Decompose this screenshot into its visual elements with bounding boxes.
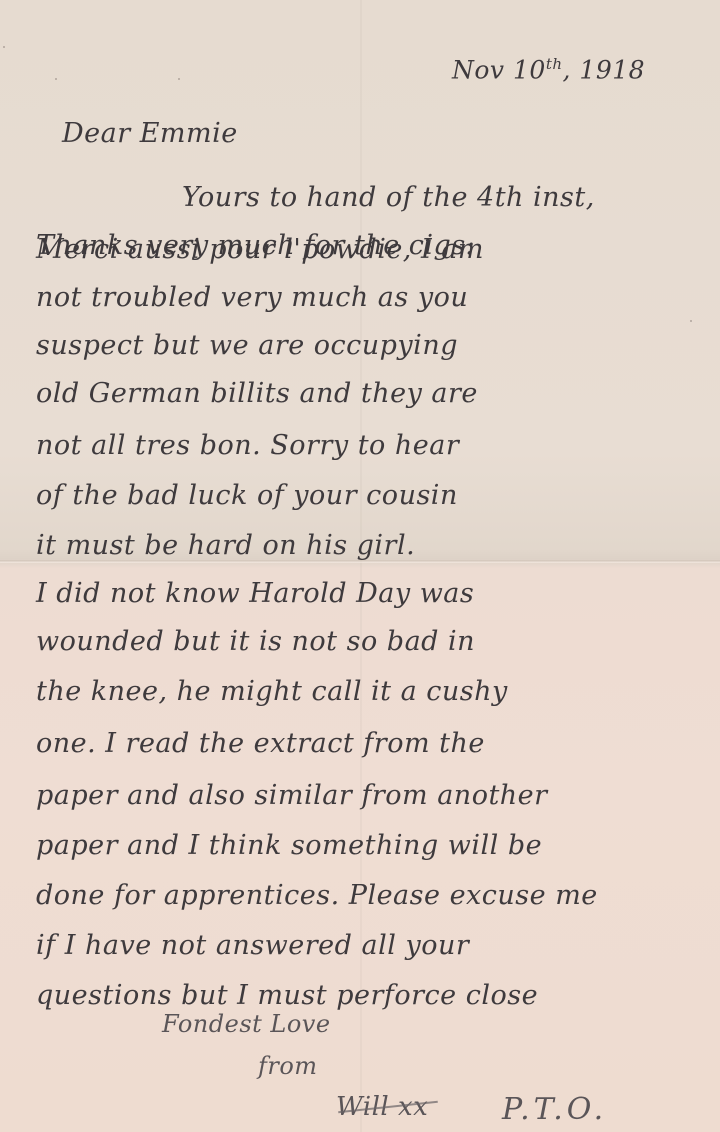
body-line: if I have not answered all your [36, 930, 469, 961]
body-line: of the bad luck of your cousin [36, 480, 458, 511]
vertical-fold-crease [360, 0, 362, 1132]
body-line: not all tres bon. Sorry to hear [36, 430, 459, 461]
body-line: old German billits and they are [36, 378, 478, 409]
body-line: done for apprentices. Please excuse me [36, 880, 598, 911]
closing-from: from [258, 1052, 318, 1080]
pto-marker: P.T.O. [502, 1092, 607, 1127]
body-line: it must be hard on his girl. [36, 530, 415, 561]
body-line: Yours to hand of the 4th inst, [182, 182, 595, 213]
body-line: questions but I must perforce close [36, 980, 538, 1011]
body-line: I did not know Harold Day was [36, 578, 474, 609]
body-line: the knee, he might call it a cushy [36, 676, 508, 707]
letter-greeting: Dear Emmie [62, 118, 238, 149]
paper-speck [178, 78, 180, 80]
paper-speck [3, 46, 5, 48]
paper-speck [690, 320, 692, 322]
body-line: wounded but it is not so bad in [36, 626, 475, 657]
body-line: one. I read the extract from the [36, 728, 485, 759]
body-line: Merci aussi pour l'powdie, I am [36, 234, 484, 265]
body-line: paper and I think something will be [36, 830, 542, 861]
paper-speck [55, 78, 57, 80]
letter-date: Nov 10th, 1918 [452, 55, 645, 84]
closing-salutation: Fondest Love [162, 1010, 331, 1038]
body-line: not troubled very much as you [36, 282, 468, 313]
body-line: suspect but we are occupying [36, 330, 458, 361]
body-line: paper and also similar from another [36, 780, 548, 811]
